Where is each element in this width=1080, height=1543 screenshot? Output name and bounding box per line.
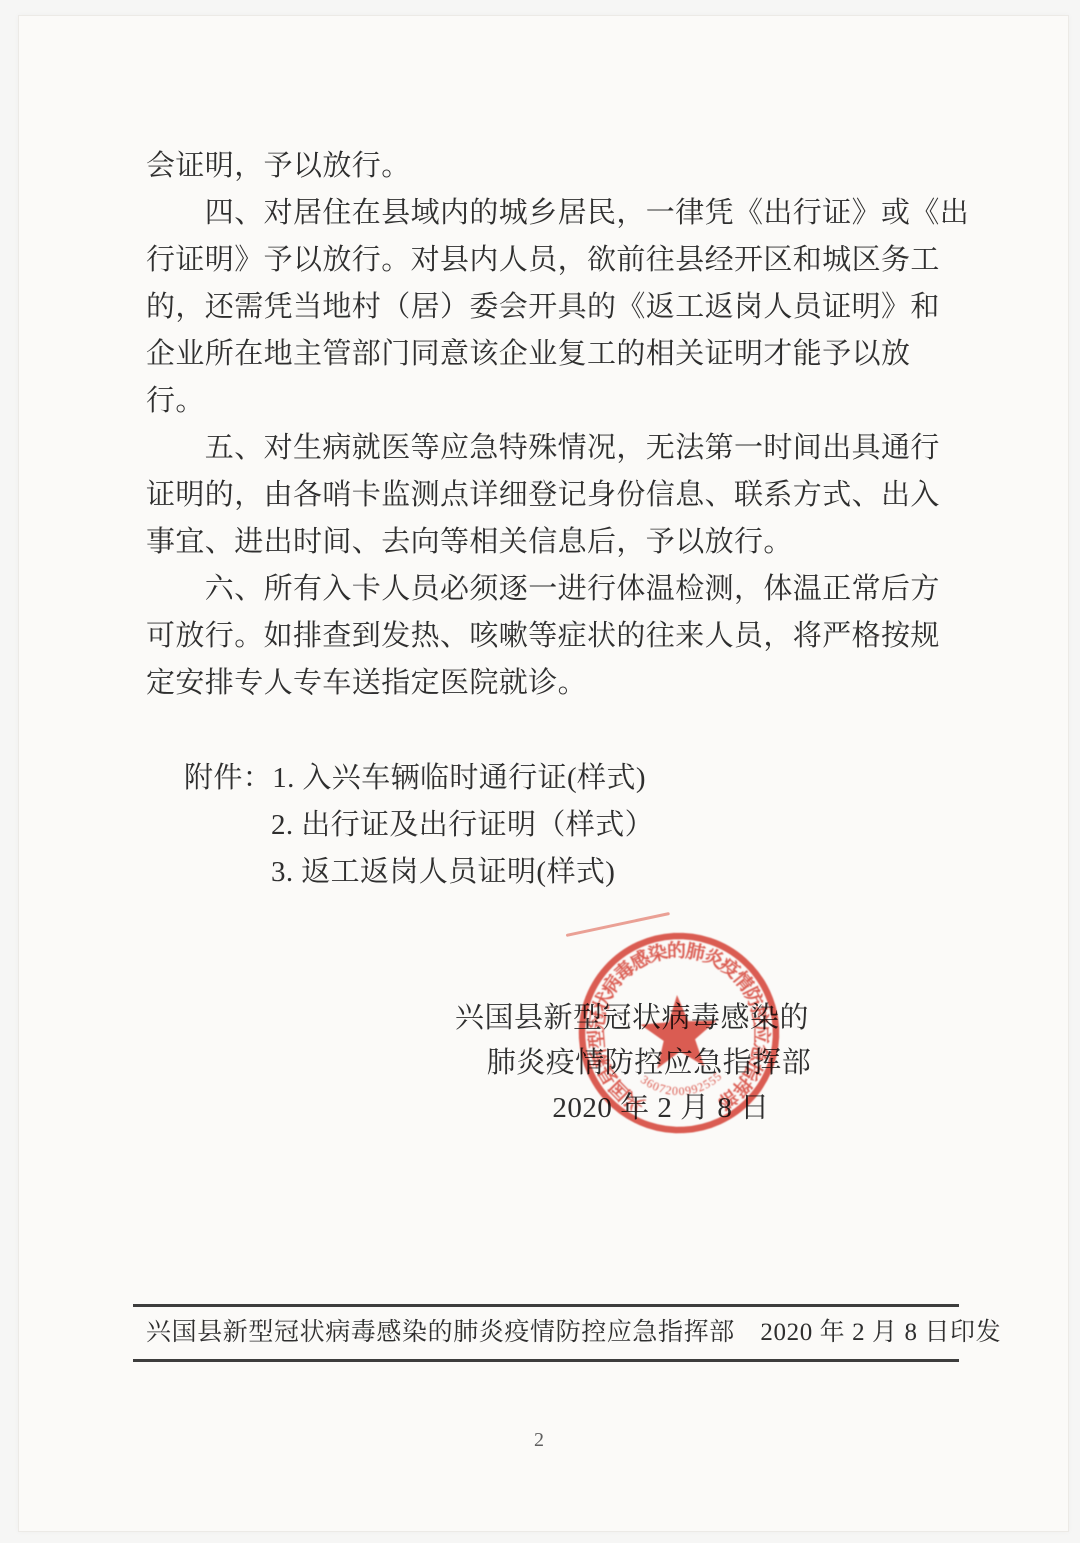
document-body: 会证明，予以放行。 四、对居住在县域内的城乡居民，一律凭《出行证》或《出 行证明… [146,143,966,707]
body-line: 可放行。如排查到发热、咳嗽等症状的往来人员，将严格按规 [146,613,966,660]
seal-code-text: 3607200992555 [638,1068,726,1100]
attachment-row: 附件：1. 入兴车辆临时通行证(样式) [184,755,654,802]
official-seal: 兴国县新型冠状病毒感染的肺炎疫情防控应急指挥部 3607200992555 [563,917,794,1148]
page-number: 2 [519,1429,559,1452]
attachment-item: 3. 返工返岗人员证明(样式) [271,856,615,888]
body-line: 行证明》予以放行。对县内人员，欲前往县经开区和城区务工 [146,237,966,284]
footer-rule-bottom [133,1359,959,1362]
attachment-item: 1. 入兴车辆临时通行证(样式) [272,762,646,794]
body-line: 定安排专人专车送指定医院就诊。 [146,660,966,707]
body-line: 行。 [146,378,966,425]
footer-imprint: 兴国县新型冠状病毒感染的肺炎疫情防控应急指挥部 2020 年 2 月 8 日印发 [146,1313,961,1353]
body-line: 证明的，由各哨卡监测点详细登记身份信息、联系方式、出入 [146,472,966,519]
body-line: 企业所在地主管部门同意该企业复工的相关证明才能予以放 [146,331,966,378]
footer-rule-top [133,1304,959,1307]
attachment-item: 2. 出行证及出行证明（样式） [271,809,654,841]
scanned-document-page: 会证明，予以放行。 四、对居住在县域内的城乡居民，一律凭《出行证》或《出 行证明… [0,0,1080,1543]
attachment-row: 2. 出行证及出行证明（样式） [184,802,654,849]
attachment-row: 3. 返工返岗人员证明(样式) [184,849,654,896]
body-line: 四、对居住在县域内的城乡居民，一律凭《出行证》或《出 [146,190,966,237]
body-line: 五、对生病就医等应急特殊情况，无法第一时间出具通行 [146,425,966,472]
paper-sheet: 会证明，予以放行。 四、对居住在县域内的城乡居民，一律凭《出行证》或《出 行证明… [18,15,1069,1532]
body-line: 事宜、进出时间、去向等相关信息后，予以放行。 [146,519,966,566]
svg-text:3607200992555: 3607200992555 [638,1068,726,1100]
attachments-list: 附件：1. 入兴车辆临时通行证(样式) 2. 出行证及出行证明（样式） 3. 返… [184,755,654,896]
body-line: 的，还需凭当地村（居）委会开具的《返工返岗人员证明》和 [146,284,966,331]
attachments-label: 附件： [184,762,272,794]
body-line: 会证明，予以放行。 [146,143,966,190]
star-icon [639,993,719,1069]
body-line: 六、所有入卡人员必须逐一进行体温检测，体温正常后方 [146,566,966,613]
